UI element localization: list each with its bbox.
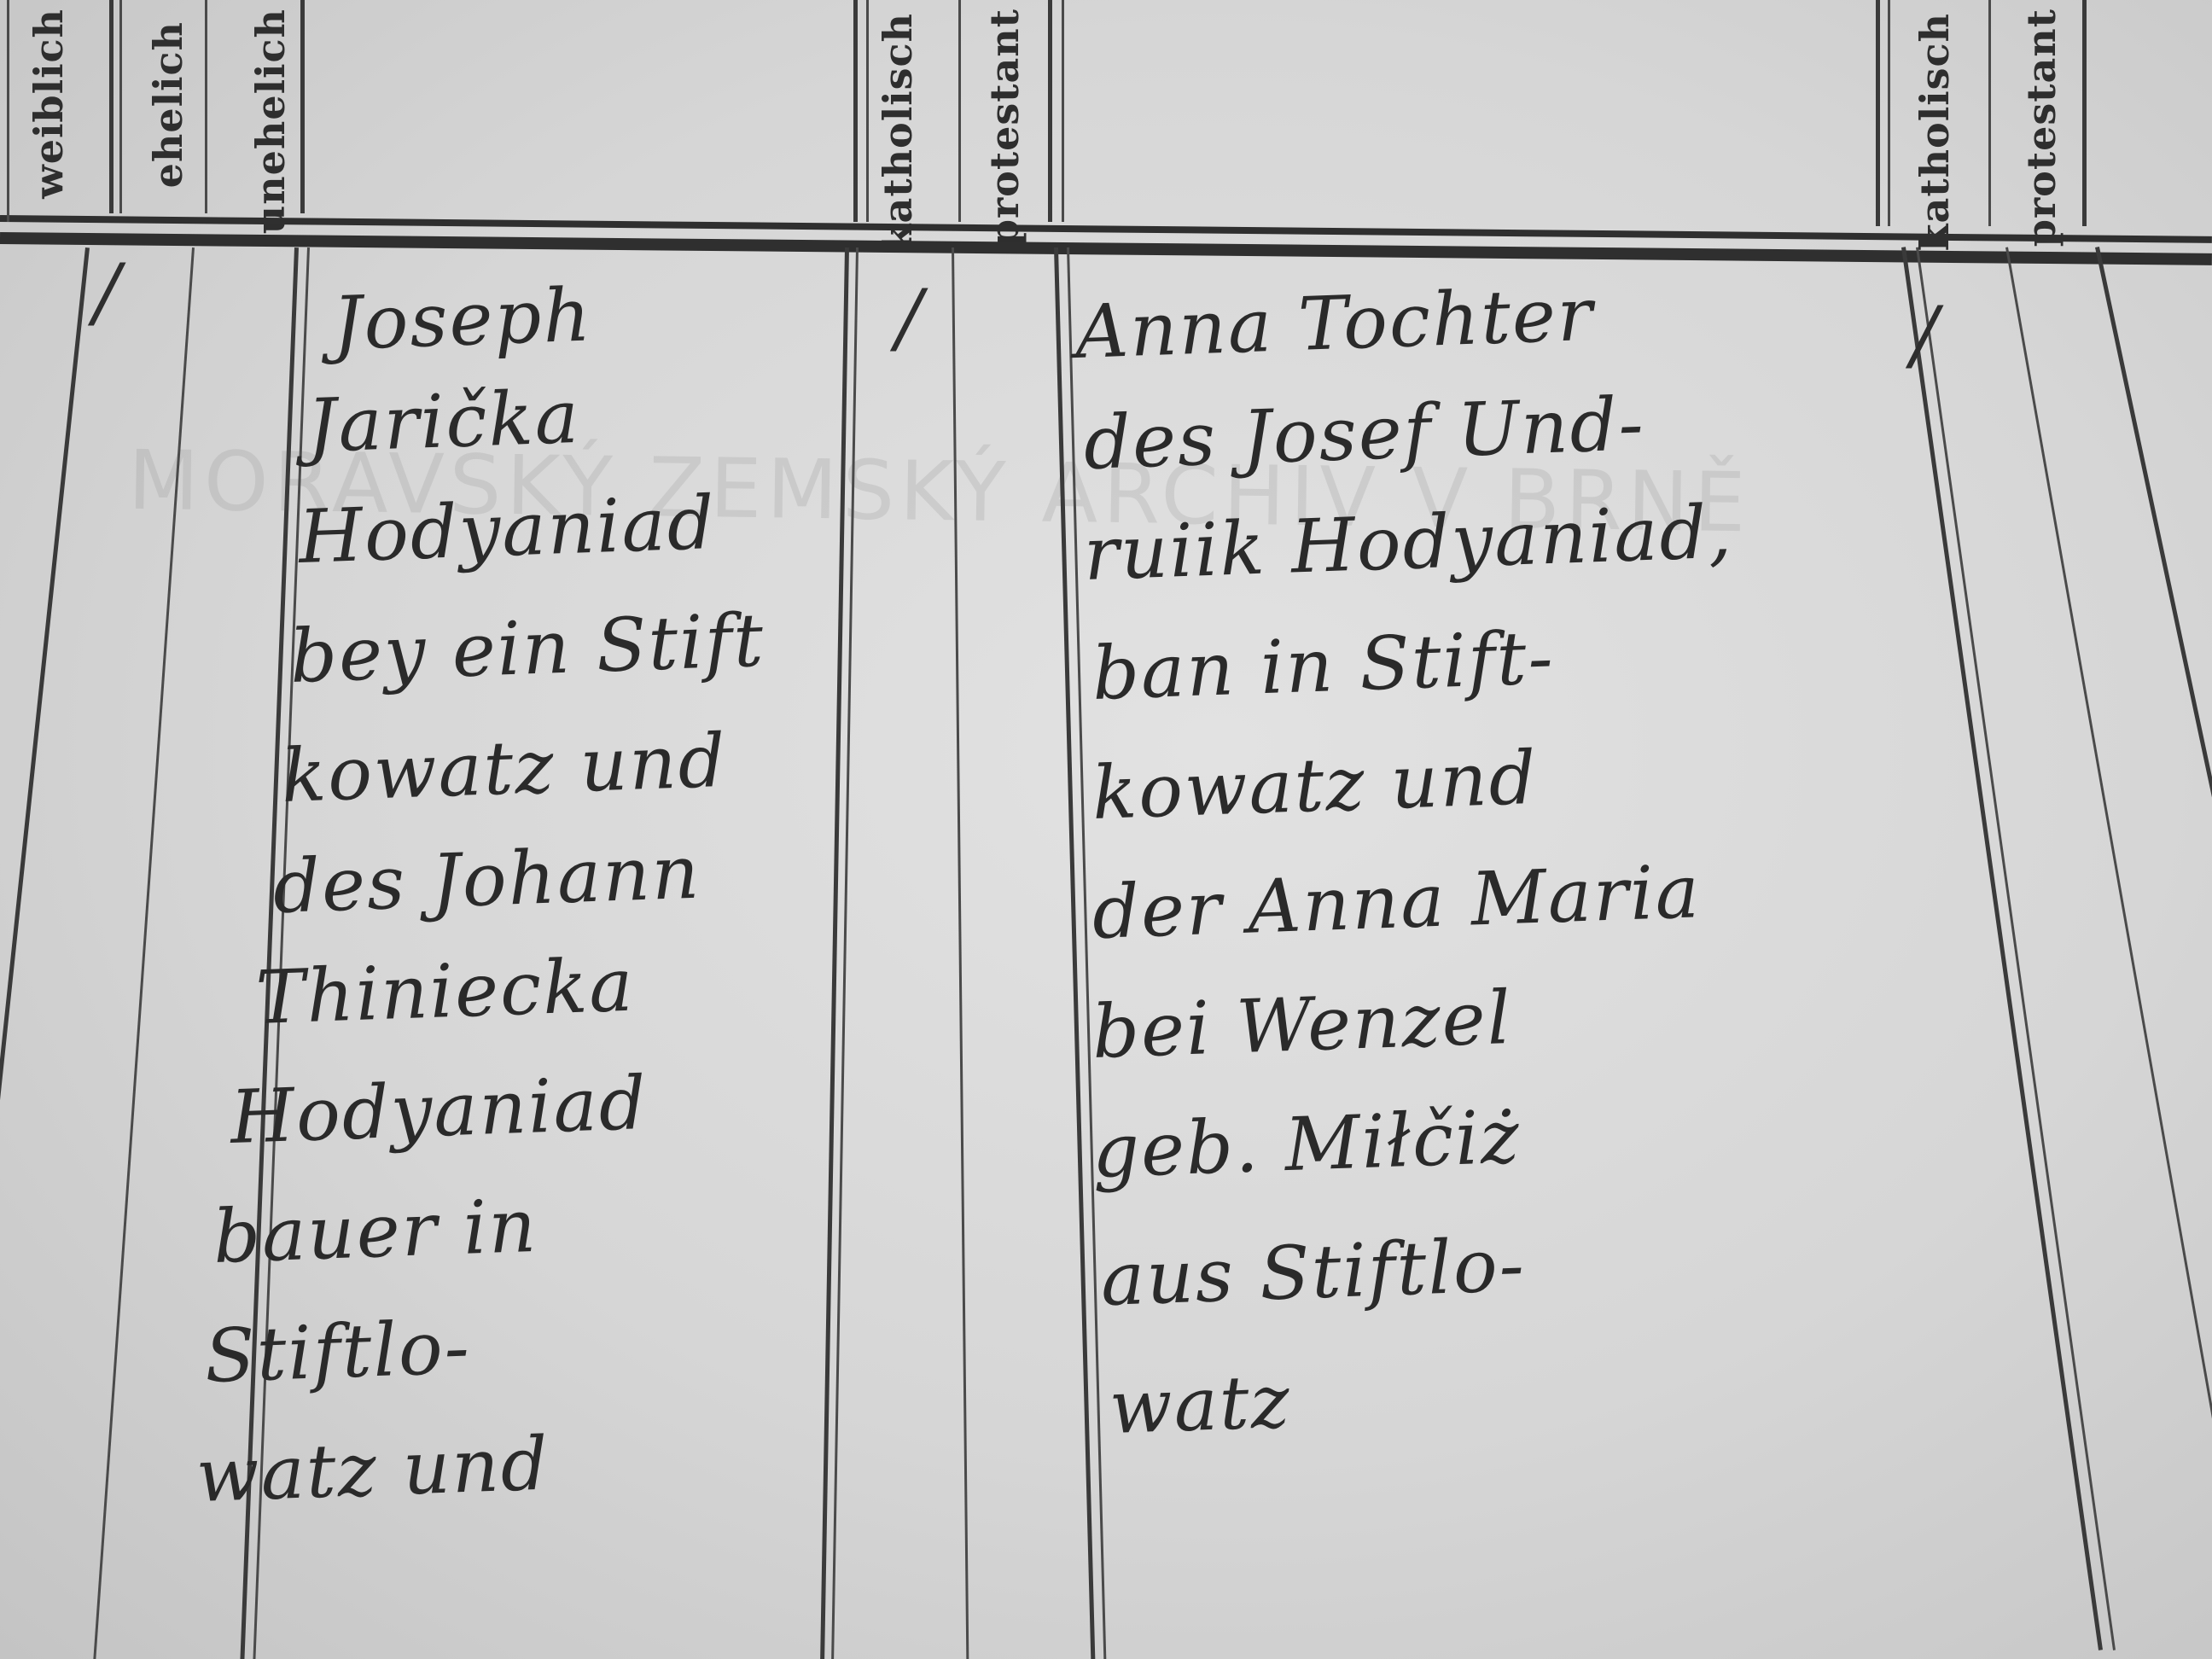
mother-line: watz bbox=[1108, 1359, 1292, 1451]
col-rule bbox=[205, 0, 207, 213]
col-rule bbox=[119, 0, 122, 213]
father-line: Joseph bbox=[331, 272, 593, 367]
col-rule bbox=[109, 0, 114, 213]
header-weiblich: weiblich bbox=[26, 9, 72, 199]
religion-mark-father: / bbox=[896, 273, 922, 363]
col-rule bbox=[2005, 247, 2212, 1642]
col-rule bbox=[866, 0, 869, 222]
col-rule bbox=[1888, 0, 1890, 226]
mother-line: bei Wenzel bbox=[1091, 975, 1513, 1075]
header-protestant-2: protestant bbox=[2018, 9, 2064, 247]
register-page: MORAVSKÝ ZEMSKÝ ARCHIV V BRNĚ weiblich e… bbox=[0, 0, 2212, 1659]
mother-line: geb. Miłčiż bbox=[1091, 1095, 1522, 1195]
father-line: Hodyaniad bbox=[229, 1061, 649, 1161]
col-rule bbox=[1988, 0, 1991, 226]
header-protestant-1: protestant bbox=[981, 9, 1027, 247]
father-line: des Johann bbox=[271, 830, 701, 930]
father-line: Stiftlo- bbox=[203, 1305, 472, 1400]
legitimate-mark: / bbox=[94, 247, 119, 337]
col-rule bbox=[7, 0, 9, 222]
col-rule bbox=[1876, 0, 1880, 226]
father-line: Hodyaniad bbox=[297, 480, 717, 580]
col-rule bbox=[0, 247, 90, 1656]
col-rule bbox=[958, 0, 961, 222]
header-katholisch-2: katholisch bbox=[1912, 13, 1958, 251]
father-line: bauer in bbox=[212, 1184, 538, 1280]
mother-line: kowatz und bbox=[1091, 736, 1539, 836]
header-katholisch-1: katholisch bbox=[875, 13, 921, 251]
father-line: Jarička bbox=[306, 375, 581, 469]
col-rule bbox=[1901, 247, 2103, 1650]
father-line: Thiniecka bbox=[254, 943, 636, 1041]
col-rule bbox=[853, 0, 858, 222]
col-rule bbox=[300, 0, 305, 213]
father-line: kowatz und bbox=[280, 719, 728, 819]
father-line: bey ein Stift bbox=[288, 598, 766, 700]
mother-line: ban in Stift- bbox=[1091, 615, 1556, 717]
mother-line: Anna Tochter bbox=[1074, 272, 1595, 375]
col-rule bbox=[2082, 0, 2087, 226]
header-ehelich: ehelich bbox=[145, 21, 191, 188]
col-rule bbox=[1048, 0, 1052, 222]
mother-line: der Anna Maria bbox=[1091, 849, 1702, 956]
col-rule bbox=[2095, 247, 2212, 1633]
col-rule bbox=[1916, 247, 2116, 1650]
religion-mark-mother: / bbox=[1912, 290, 1937, 380]
mother-line: aus Stiftlo- bbox=[1099, 1223, 1527, 1323]
father-line: watz und bbox=[195, 1422, 550, 1519]
header-unehelich: unehelich bbox=[247, 9, 294, 234]
col-rule bbox=[1062, 0, 1064, 222]
